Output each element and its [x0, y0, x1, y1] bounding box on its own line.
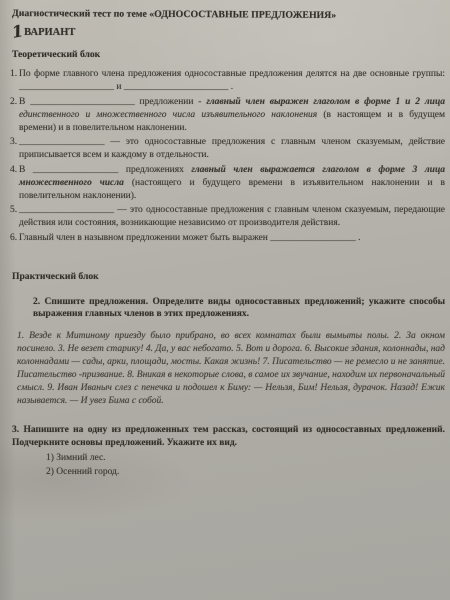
blank-line: __________________ [270, 233, 356, 243]
theory-block-heading: Теоретический блок [12, 49, 445, 62]
topic-option-1: 1) Зимний лес. [46, 452, 445, 465]
item-text-segment: и [114, 82, 124, 92]
blank-line: ______________________ [30, 97, 135, 107]
item-text: В __________________ предложениях главны… [19, 164, 445, 202]
item-text: Главный член в назывном предложении може… [19, 232, 445, 245]
variant-line: 1ВАРИАНТ [12, 27, 445, 40]
item-number: 6. [10, 232, 19, 245]
theory-item-4: 4. В __________________ предложениях гла… [10, 164, 445, 202]
item-number: 3. [10, 136, 19, 162]
item-text-segment-bold-italic: главный член выражен глаголом в форме 1 … [206, 97, 445, 107]
theory-item-3: 3. __________________ — это односоставны… [10, 136, 445, 162]
theory-items: 1. По форме главного члена предложения о… [10, 68, 445, 244]
item-text-segment: В [19, 97, 30, 107]
topic-option-2: 2) Осенний город. [46, 466, 445, 479]
theory-item-2: 2. В ______________________ предложении … [10, 96, 445, 134]
blank-line: ____________________ [19, 205, 114, 215]
item-text: В ______________________ предложении - г… [19, 96, 445, 134]
item-text: По форме главного члена предложения одно… [19, 68, 445, 94]
item-text-segment: предложении - [135, 97, 207, 107]
item-text-segment: . [228, 82, 233, 92]
item-number: 1. [10, 68, 19, 94]
item-text-segment: предложениях [118, 165, 191, 175]
blank-line: __________________ [19, 137, 105, 147]
photographed-test-page: Диагностический тест по теме «ОДНОСОСТАВ… [0, 0, 450, 600]
page-title: Диагностический тест по теме «ОДНОСОСТАВ… [12, 8, 445, 23]
page-content: Диагностический тест по теме «ОДНОСОСТАВ… [0, 0, 450, 479]
blank-line: ______________________ [124, 82, 229, 92]
task3-heading: 3. Напишите на одну из предложенных тем … [12, 424, 445, 450]
theory-item-6: 6. Главный член в назывном предложении м… [10, 232, 445, 245]
item-text-segment: Главный член в назывном предложении може… [19, 233, 270, 243]
item-number: 5. [10, 204, 19, 230]
theory-item-1: 1. По форме главного члена предложения о… [10, 68, 445, 94]
blank-line: ____________________ [19, 82, 114, 92]
item-text: __________________ — это односоставные п… [19, 136, 445, 162]
blank-line: __________________ [33, 165, 119, 175]
handwritten-variant-number: 1 [11, 26, 24, 38]
item-text: ____________________ — это односоставные… [19, 204, 445, 230]
item-text-segment-italic: единственного и множественного числа изъ… [19, 110, 317, 120]
item-number: 4. [10, 164, 19, 202]
exercise-sentences: 1. Везде к Митиному приезду было прибран… [17, 330, 445, 408]
variant-label: ВАРИАНТ [24, 27, 75, 38]
item-text-segment: В [19, 165, 33, 175]
item-number: 2. [10, 96, 19, 134]
task2-heading: 2. Спишите предложения. Определите виды … [33, 296, 445, 322]
topic-options: 1) Зимний лес. 2) Осенний город. [46, 452, 445, 479]
item-text-segment: . [356, 233, 361, 243]
theory-item-5: 5. ____________________ — это односостав… [10, 204, 445, 230]
practice-block-heading: Практический блок [12, 271, 445, 284]
item-text-segment: По форме главного члена предложения одно… [19, 69, 445, 79]
